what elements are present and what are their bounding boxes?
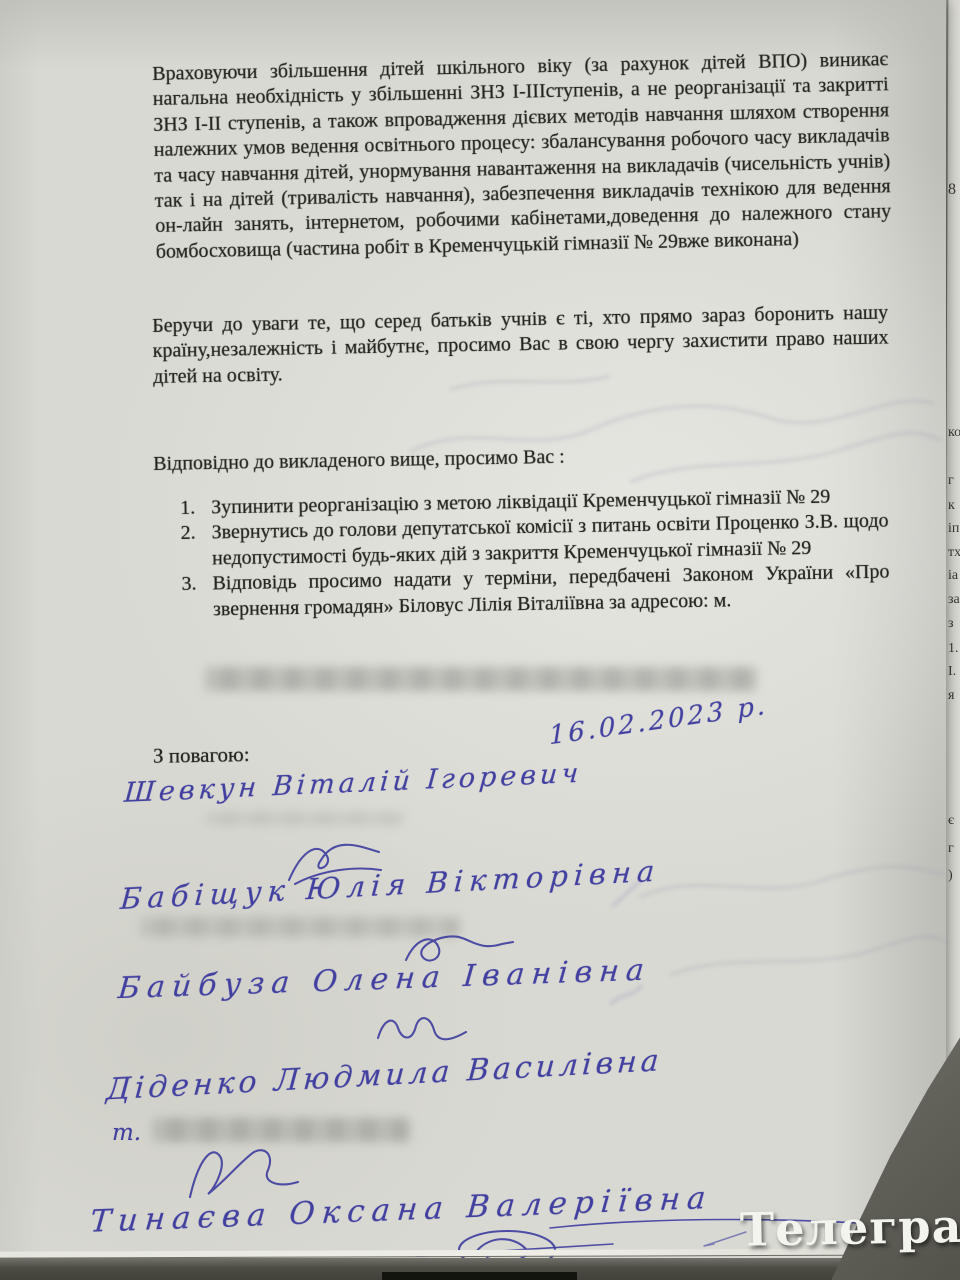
list-number: 2. (180, 521, 212, 572)
redacted-text (205, 812, 405, 825)
second-page-fragment: іп (948, 521, 960, 537)
second-page-fragment: я (948, 688, 960, 704)
second-page-fragment: 1. (948, 641, 960, 657)
request-list: 1. Зупинити реорганізацію з метою ліквід… (180, 484, 890, 623)
paragraph: Враховуючи збільшення дітей шкільного ві… (152, 47, 892, 265)
signature-scribble (372, 1008, 472, 1050)
second-page-fragment: тх (948, 545, 960, 561)
list-number: 1. (180, 495, 211, 521)
dark-object (382, 1272, 577, 1280)
second-page-fragment: іа (948, 568, 960, 584)
signature-scribble (180, 1142, 305, 1204)
second-page-fragment: І. (948, 664, 960, 680)
bleed-through-handwriting (610, 855, 955, 1020)
redacted-text (205, 667, 757, 691)
handwritten-phone-prefix: т. (112, 1120, 141, 1146)
watermark-text-white: Телеграф (740, 1198, 960, 1257)
second-page-fragment: к (948, 498, 960, 514)
document-photo: 8 ко г к іп тх іа за з 1. І. я є г ) Вра… (0, 0, 960, 1280)
closing-label: З повагою: (153, 742, 250, 769)
redacted-text (152, 1118, 410, 1142)
second-page-fragment: є (948, 813, 960, 829)
telegraf-watermark: ТелеграфЪ (740, 1197, 960, 1256)
list-number: 3. (181, 572, 213, 623)
second-page-fragment: з (948, 616, 960, 632)
second-page-fragment: за (948, 592, 960, 608)
second-page-fragment: 8 (948, 181, 960, 199)
paragraph: Беручи до уваги те, що серед батьків учн… (152, 301, 889, 391)
